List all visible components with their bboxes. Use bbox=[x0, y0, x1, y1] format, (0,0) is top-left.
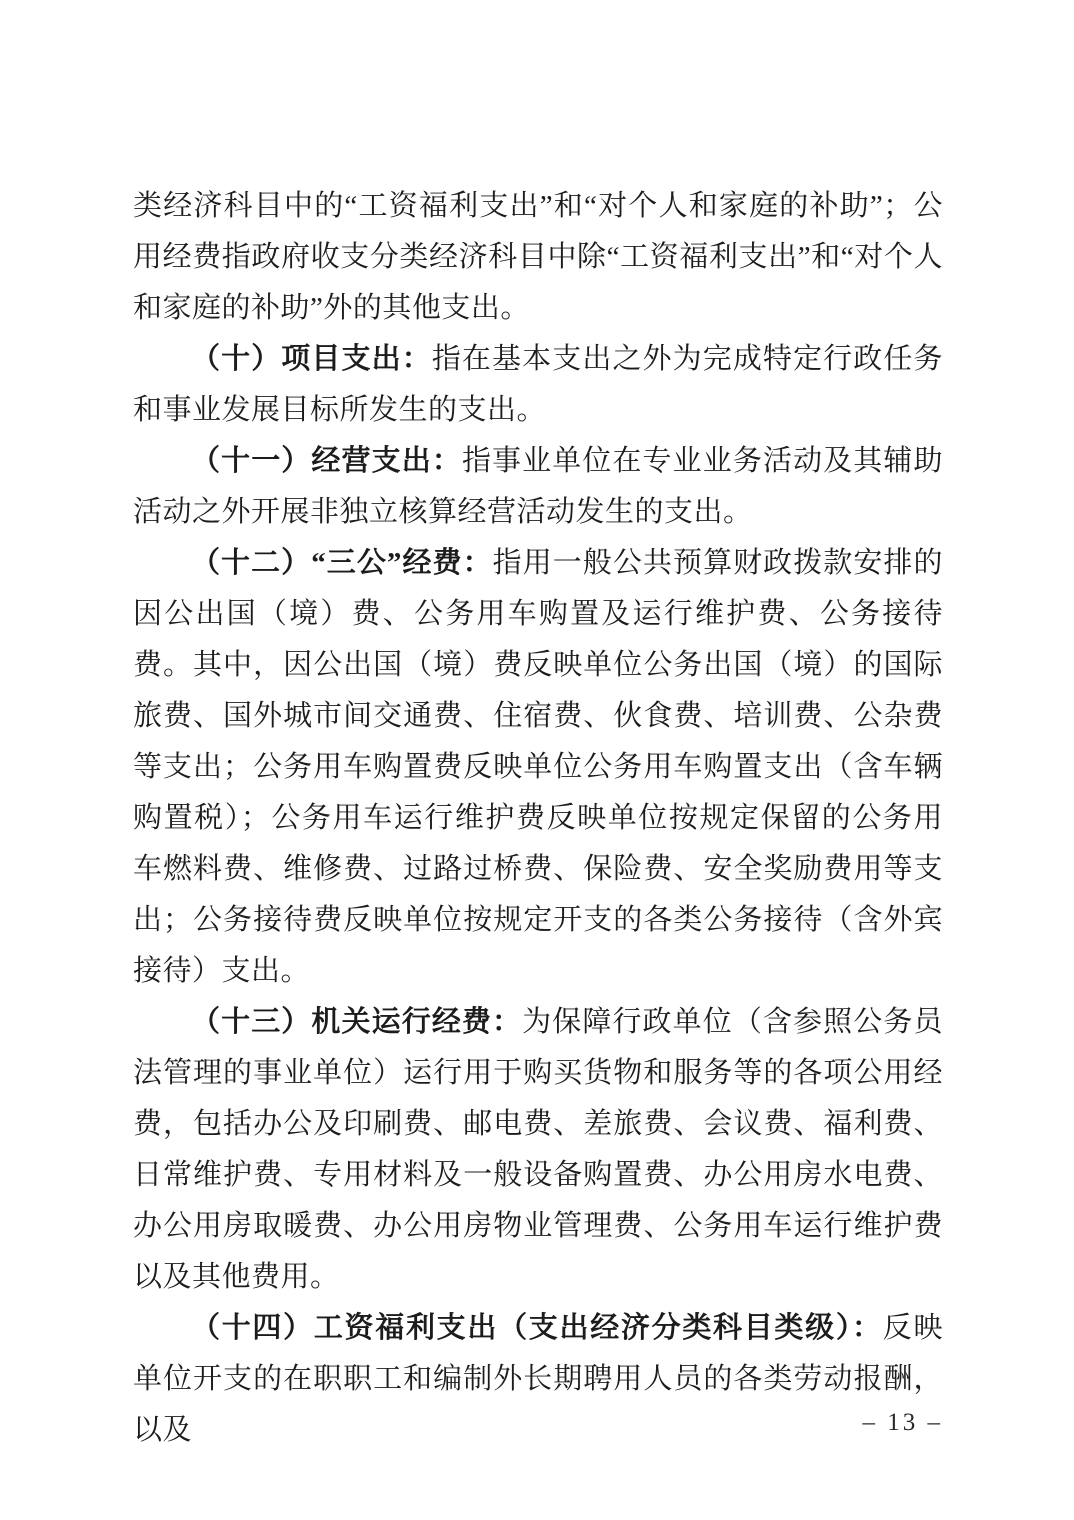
paragraph-heading: （十四）工资福利支出（支出经济分类科目类级）： bbox=[191, 1312, 883, 1344]
document-body: 类经济科目中的“工资福利支出”和“对个人和家庭的补助”；公用经费指政府收支分类经… bbox=[133, 181, 943, 1456]
paragraph-item-13-agency-operating-funds: （十三）机关运行经费：为保障行政单位（含参照公务员法管理的事业单位）运行用于购买… bbox=[133, 997, 943, 1303]
paragraph-item-14-salary-welfare-expenditure: （十四）工资福利支出（支出经济分类科目类级）：反映单位开支的在职职工和编制外长期… bbox=[133, 1303, 943, 1456]
paragraph-item-11-operating-expenditure: （十一）经营支出：指事业单位在专业业务活动及其辅助活动之外开展非独立核算经营活动… bbox=[133, 436, 943, 538]
page-number: – 13 – bbox=[863, 1408, 944, 1438]
paragraph-continuation-basic-expenditure: 类经济科目中的“工资福利支出”和“对个人和家庭的补助”；公用经费指政府收支分类经… bbox=[133, 181, 943, 334]
paragraph-heading: （十一）经营支出： bbox=[191, 445, 462, 477]
document-page: 类经济科目中的“工资福利支出”和“对个人和家庭的补助”；公用经费指政府收支分类经… bbox=[0, 0, 1074, 1520]
paragraph-heading: （十三）机关运行经费： bbox=[191, 1006, 522, 1038]
paragraph-heading: （十）项目支出： bbox=[191, 343, 432, 375]
paragraph-heading: （十二）“三公”经费： bbox=[191, 547, 493, 579]
paragraph-item-12-three-public-funds: （十二）“三公”经费：指用一般公共预算财政拨款安排的因公出国（境）费、公务用车购… bbox=[133, 538, 943, 997]
paragraph-item-10-project-expenditure: （十）项目支出：指在基本支出之外为完成特定行政任务和事业发展目标所发生的支出。 bbox=[133, 334, 943, 436]
